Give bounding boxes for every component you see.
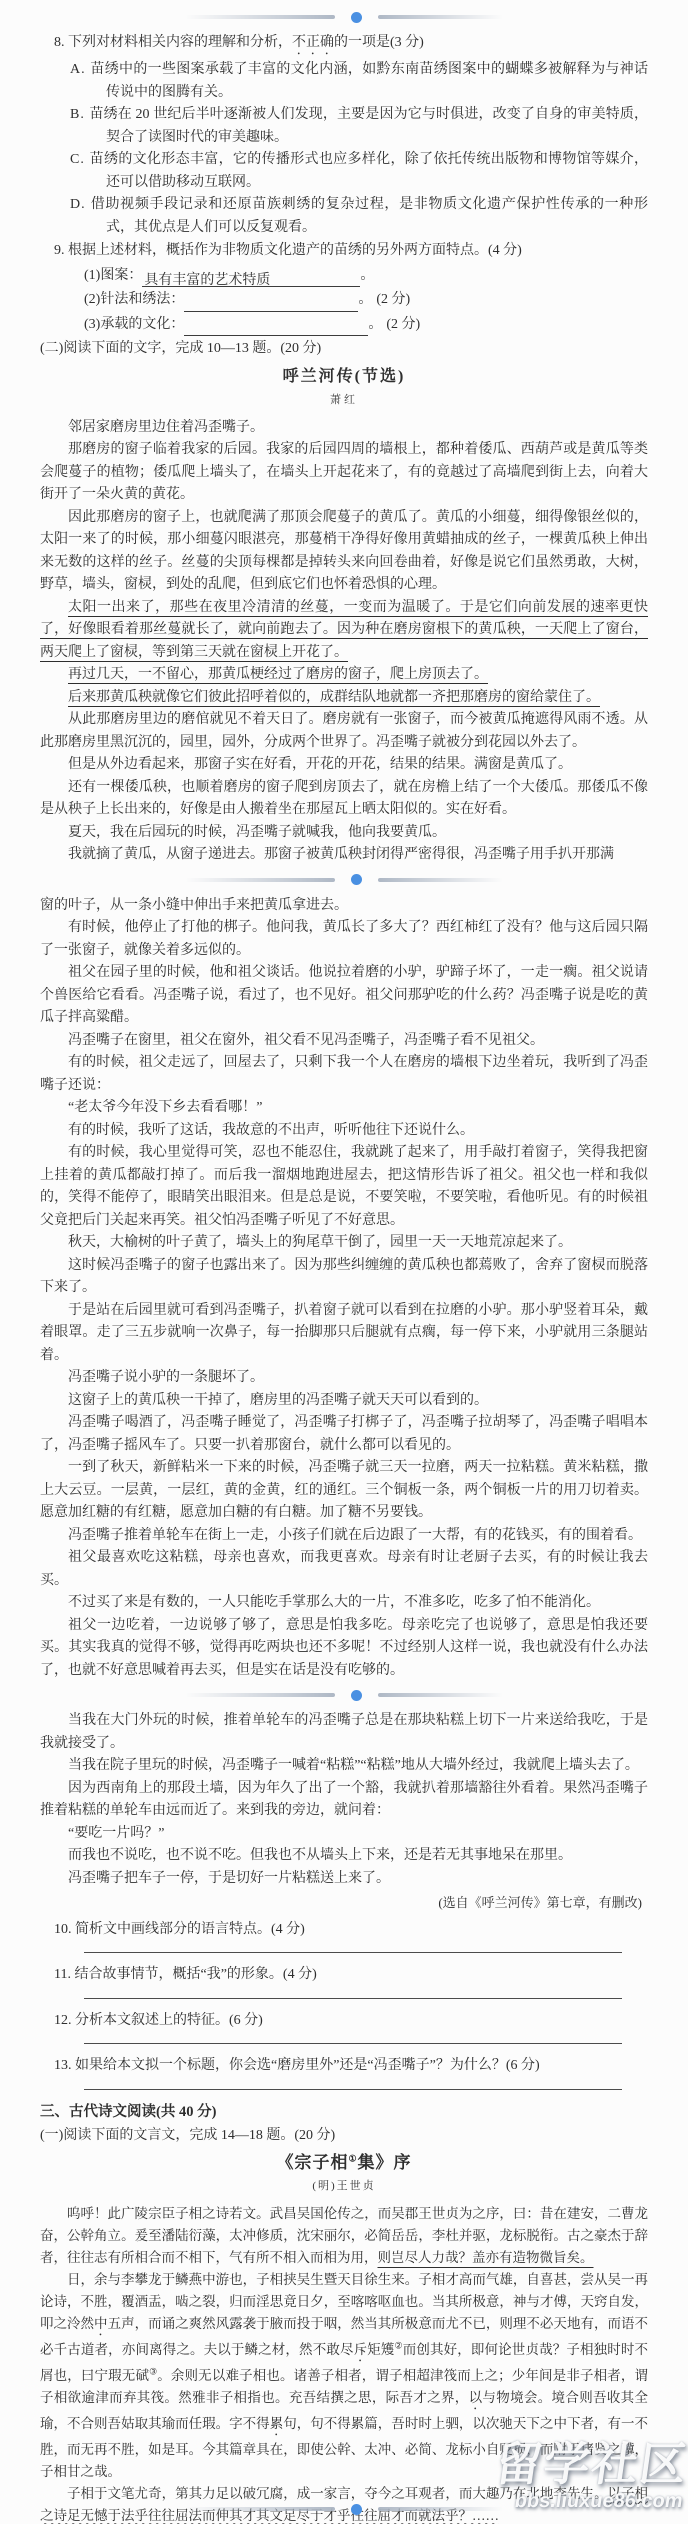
- paragraph: 我就摘了黄瓜，从窗子递进去。那窗子被黄瓜秧封闭得严密得很，冯歪嘴子用手扒开那满: [40, 844, 648, 867]
- paragraph: 冯歪嘴子在窗里，祖父在窗外，祖父看不见冯歪嘴子，冯歪嘴子看不见祖父。: [40, 1030, 648, 1053]
- question-text: 结合故事情节，概括“我”的形象。(4 分): [74, 1967, 316, 1982]
- question-number: 12.: [54, 2013, 72, 2028]
- answer-line: [84, 2089, 622, 2090]
- answer-blank: [184, 295, 358, 312]
- paragraph: 一到了秋天，新鲜粘米一下来的时候，冯歪嘴子就三天一拉磨，两天一拉粘糕。黄米粘糕，…: [40, 1457, 648, 1525]
- paragraph: 祖父一边吃着，一边说够了够了，意思是怕我多吃。母亲吃完了也说够了，意思是怕我还要…: [40, 1615, 648, 1683]
- question-text: 分析本文叙述上的特征。(6 分): [75, 2013, 263, 2028]
- paragraph: 秋天，大榆树的叶子黄了，墙头上的狗尾草干倒了，园里一天一天地荒凉起来了。: [40, 1232, 648, 1255]
- page-divider-bottom: [0, 2502, 688, 2516]
- paragraph: “要吃一片吗？”: [40, 1823, 648, 1846]
- option-C: C. 苗绣的文化形态丰富，它的传播形式也应多样化，除了依托传统出版物和博物馆等媒…: [54, 149, 648, 194]
- question-8-stem: 8. 下列对材料相关内容的理解和分析，不正确的一项是(3 分): [54, 32, 648, 58]
- paragraph: 夏天，我在后园玩的时候，冯歪嘴子就喊我，他向我要黄瓜。: [40, 822, 648, 845]
- paragraph: 因为西南角上的那段土墙，因为年久了出了一个豁，我就扒着那墙豁往外看着。果然冯歪嘴…: [40, 1778, 648, 1823]
- reading-section-2-intro: (二)阅读下面的文字，完成 10—13 题。(20 分): [40, 338, 648, 361]
- question-10: 10. 简析文中画线部分的语言特点。(4 分): [54, 1919, 648, 1942]
- answer-line: [84, 1998, 622, 1999]
- paragraph: 还有一棵倭瓜秧，也顺着磨房的窗子爬到房顶去了，就在房檐上结了一个大倭瓜。那倭瓜不…: [40, 777, 648, 822]
- section-3-heading: 三、古代诗文阅读(共 40 分): [40, 2101, 648, 2124]
- question-9-stem: 9. 根据上述材料，概括作为非物质文化遗产的苗绣的另外两方面特点。(4 分): [54, 240, 648, 263]
- passage-part-3: 当我在大门外玩的时候，推着单轮车的冯歪嘴子总是在那块粘糕上切下一片来送给我吃，于…: [40, 1710, 648, 1890]
- paragraph: 当我在院子里玩的时候，冯歪嘴子一喊着“粘糕”“粘糕”地从大墙外经过，我就爬上墙头…: [40, 1755, 648, 1778]
- paragraph: 窗的叶子，从一条小缝中伸出手来把黄瓜拿进去。: [40, 895, 648, 918]
- paragraph: 当我在大门外玩的时候，推着单轮车的冯歪嘴子总是在那块粘糕上切下一片来送给我吃，于…: [40, 1710, 648, 1755]
- question-number: 10.: [54, 1922, 72, 1937]
- divider-line-left: [185, 1693, 335, 1697]
- paragraph: 祖父在园子里的时候，他和祖父谈话。他说拉着磨的小驴，驴蹄子坏了，一走一瘸。祖父说…: [40, 962, 648, 1030]
- paragraph: 冯歪嘴子把车子一停，于是切好一片粘糕送上来了。: [40, 1868, 648, 1891]
- paragraph: 后来那黄瓜秧就像它们彼此招呼着似的，成群结队地就都一齐把那磨房的窗给蒙住了。: [40, 687, 648, 710]
- question-number: 13.: [54, 2058, 72, 2073]
- classical-passage-title: 《宗子相①集》序: [40, 2152, 648, 2175]
- passage-attribution: (选自《呼兰河传》第七章，有删改): [40, 1892, 648, 1915]
- paragraph: 有的时候，祖父走远了，回屋去了，只剩下我一个人在磨房的墙根下边坐着玩，我听到了冯…: [40, 1052, 648, 1097]
- question-9-items: (1)图案：具有丰富的艺术特质。(2)针法和绣法：。(2 分)(3)承载的文化：…: [84, 265, 648, 337]
- answer-line: [84, 2043, 622, 2044]
- paragraph: 有时候，他停止了打他的梆子。他问我，黄瓜长了多大了？西红柿红了没有？他与这后园只…: [40, 917, 648, 962]
- paragraph: 呜呼！此广陵宗臣子相之诗若文。武昌吴国伦传之，而吴郡王世贞为之序，曰：昔在建安，…: [40, 2203, 648, 2269]
- question-8-options: A. 苗绣中的一些图案承载了丰富的文化内涵，如黔东南苗绣图案中的蝴蝶多被解释为与…: [54, 59, 648, 239]
- passage-part-1: 邻居家磨房里边住着冯歪嘴子。那磨房的窗子临着我家的后园。我家的后园四周的墙根上，…: [40, 417, 648, 867]
- paragraph: 冯歪嘴子推着单轮车在街上一走，小孩子们就在后边跟了一大帮，有的花钱买，有的围着看…: [40, 1525, 648, 1548]
- paragraph: 于是站在后园里就可看到冯歪嘴子，扒着窗子就可以看到在拉磨的小驴。那小驴竖着耳朵，…: [40, 1300, 648, 1368]
- passage-author: 萧红: [40, 389, 648, 412]
- question-12: 12. 分析本文叙述上的特征。(6 分): [54, 2010, 648, 2033]
- answer-blank: [184, 319, 368, 336]
- divider-line-left: [185, 878, 335, 882]
- paragraph: 冯歪嘴子喝酒了，冯歪嘴子睡觉了，冯歪嘴子打梆子了，冯歪嘴子拉胡琴了，冯歪嘴子唱唱…: [40, 1412, 648, 1457]
- divider-dot: [351, 874, 362, 885]
- option-D: D. 借助视频手段记录和还原苗族刺绣的复杂过程，是非物质文化遗产保护性传承的一种…: [54, 194, 648, 239]
- exam-page: 8. 下列对材料相关内容的理解和分析，不正确的一项是(3 分) A. 苗绣中的一…: [0, 0, 688, 2524]
- paragraph: 有的时候，我听了这话，我故意的不出声，听听他往下还说什么。: [40, 1120, 648, 1143]
- page-divider-top: [40, 10, 648, 24]
- paragraph: 再过几天，一不留心，那黄瓜梗经过了磨房的窗子，爬上房顶去了。: [40, 664, 648, 687]
- answer-blank: 具有丰富的艺术特质: [142, 270, 360, 287]
- paragraph: “老太爷今年没下乡去看看哪！”: [40, 1097, 648, 1120]
- divider-line-left: [185, 2507, 335, 2511]
- option-A: A. 苗绣中的一些图案承载了丰富的文化内涵，如黔东南苗绣图案中的蝴蝶多被解释为与…: [54, 59, 648, 104]
- paragraph: 邻居家磨房里边住着冯歪嘴子。: [40, 417, 648, 440]
- divider-dot: [351, 12, 362, 23]
- paragraph: 冯歪嘴子说小驴的一条腿坏了。: [40, 1367, 648, 1390]
- divider-line-right: [378, 2507, 503, 2511]
- passage-title: 呼兰河传(节选): [40, 366, 648, 389]
- fill-in-item: (2)针法和绣法：。(2 分): [84, 289, 648, 312]
- answer-line: [84, 1952, 622, 1953]
- paragraph: 那磨房的窗子临着我家的后园。我家的后园四周的墙根上，都种着倭瓜、西葫芦或是黄瓜等…: [40, 439, 648, 507]
- paragraph: 因此那磨房的窗子上，也就爬满了那顶会爬蔓子的黄瓜了。黄瓜的小细蔓，细得像银丝似的…: [40, 507, 648, 597]
- page-divider-3: [40, 1688, 648, 1702]
- section-3-intro: (一)阅读下面的文言文，完成 14—18 题。(20 分): [40, 2125, 648, 2148]
- paragraph: 从此那磨房里边的磨倌就见不着天日了。磨房就有一张窗子，而今被黄瓜掩遮得风雨不透。…: [40, 709, 648, 754]
- paragraph: 太阳一出来了，那些在夜里冷清清的丝蔓，一变而为温暖了。于是它们向前发展的速率更快…: [40, 597, 648, 665]
- divider-line-right: [378, 15, 503, 19]
- paragraph: 这窗子上的黄瓜秧一干掉了，磨房里的冯歪嘴子就天天可以看到的。: [40, 1390, 648, 1413]
- question-text: 如果给本文拟一个标题，你会选“磨房里外”还是“冯歪嘴子”？为什么？(6 分): [75, 2058, 540, 2073]
- paragraph: 不过买了来是有数的，一人只能吃手掌那么大的一片，不准多吃，吃多了怕不能消化。: [40, 1592, 648, 1615]
- paragraph: 但是从外边看起来，那窗子实在好看，开花的开花，结果的结果。满窗是黄瓜了。: [40, 754, 648, 777]
- divider-line-right: [378, 1693, 503, 1697]
- fill-in-item: (3)承载的文化：。(2 分): [84, 314, 648, 337]
- page-divider-2: [40, 873, 648, 887]
- question-number: 11.: [54, 1967, 71, 1982]
- paragraph: 这时候冯歪嘴子的窗子也露出来了。因为那些纠缠缠的黄瓜秧也都蔫败了，舍弃了窗棂而脱…: [40, 1255, 648, 1300]
- fill-in-item: (1)图案：具有丰富的艺术特质。: [84, 265, 648, 288]
- paragraph: 而我也不说吃，也不说不吃。但我也不从墙头上下来，还是若无其事地呆在那里。: [40, 1845, 648, 1868]
- paragraph: 祖父最喜欢吃这粘糕，母亲也喜欢，而我更喜欢。母亲有时让老厨子去买，有的时候让我去…: [40, 1547, 648, 1592]
- option-B: B. 苗绣在 20 世纪后半叶逐渐被人们发现，主要是因为它与时俱进，改变了自身的…: [54, 104, 648, 149]
- classical-passage-author: (明)王世贞: [40, 2175, 648, 2198]
- question-text: 简析文中画线部分的语言特点。(4 分): [75, 1922, 305, 1937]
- divider-line-left: [185, 15, 335, 19]
- question-13: 13. 如果给本文拟一个标题，你会选“磨房里外”还是“冯歪嘴子”？为什么？(6 …: [54, 2055, 648, 2078]
- paragraph: 有的时候，我心里觉得可笑，忍也不能忍住，我就跳了起来了，用手敲打着窗子，笑得我把…: [40, 1142, 648, 1232]
- question-11: 11. 结合故事情节，概括“我”的形象。(4 分): [54, 1964, 648, 1987]
- passage-part-2: 窗的叶子，从一条小缝中伸出手来把黄瓜拿进去。有时候，他停止了打他的梆子。他问我，…: [40, 895, 648, 1683]
- classical-passage-body: 呜呼！此广陵宗臣子相之诗若文。武昌吴国伦传之，而吴郡王世贞为之序，曰：昔在建安，…: [40, 2203, 648, 2524]
- paragraph: 日，余与李攀龙于鳞燕中游也，子相挟吴生暨天目徐生来。子相才高而气雄，自喜甚，尝从…: [40, 2269, 648, 2483]
- divider-line-right: [378, 878, 503, 882]
- divider-dot: [351, 2504, 362, 2515]
- divider-dot: [351, 1690, 362, 1701]
